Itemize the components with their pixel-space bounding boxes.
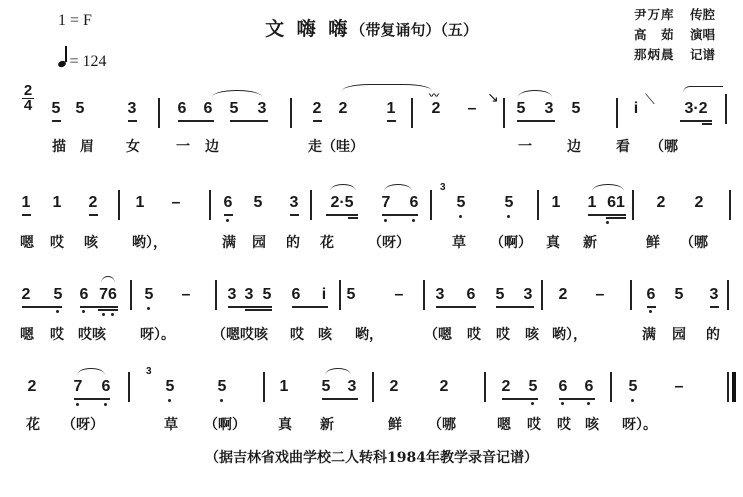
note: 3 — [543, 100, 555, 118]
lyric: 眉 — [80, 136, 94, 156]
note: 2 — [500, 378, 512, 396]
barline — [310, 190, 312, 220]
glide-arrow-icon: ↘ — [487, 90, 499, 106]
slur — [325, 368, 351, 375]
underline — [98, 309, 118, 311]
lyric: 看 — [616, 136, 630, 156]
grace-note: 3 — [440, 182, 446, 193]
underline — [502, 398, 538, 400]
note: 61 — [606, 194, 626, 212]
time-sig-top: 2 — [22, 84, 34, 98]
dash: – — [180, 286, 192, 304]
note: 6 — [408, 194, 420, 212]
slur — [342, 84, 432, 91]
source-note: （据吉林省戏曲学校二人转科1984年教学录音记谱） — [0, 447, 743, 467]
lyric: 咳 — [525, 324, 539, 344]
underline — [22, 214, 31, 216]
lyric: 哎 — [467, 324, 481, 344]
note: 6 — [583, 378, 595, 396]
slur — [683, 86, 723, 93]
note: 3 — [346, 378, 358, 396]
note: 5 — [164, 378, 176, 396]
lyric: （呀） — [368, 232, 410, 252]
lyric: 新 — [320, 414, 334, 434]
note: 76 — [98, 286, 118, 304]
underline — [348, 217, 358, 219]
lyric: 哟）， — [132, 232, 167, 252]
note: 6 — [222, 194, 234, 212]
title-main: 文 嗨 嗨 — [265, 18, 350, 40]
lyric: 咳 — [585, 414, 599, 434]
barline — [128, 372, 130, 402]
note: 3 — [226, 286, 238, 304]
barline — [339, 280, 341, 310]
low-octave-dot — [561, 402, 564, 405]
credit-role: 演唱 — [690, 25, 715, 45]
low-octave-dot — [649, 310, 652, 313]
note: 2 — [655, 194, 667, 212]
underline — [292, 306, 328, 308]
glide-slash-icon: ⟍ — [645, 92, 655, 108]
note: 2 — [337, 100, 349, 118]
slur — [77, 368, 105, 375]
note: 2 — [693, 194, 705, 212]
lyric: 哎 — [290, 324, 304, 344]
note: 6 — [645, 286, 657, 304]
lyric: 哎 — [50, 324, 64, 344]
barline — [158, 98, 160, 128]
note: 5 — [252, 194, 264, 212]
note: 2 — [557, 286, 569, 304]
score-line-1: 24 5 5 3 6 6 5 3 2 2 1 〰 2 – ↘ 5 3 5 i ⟍… — [0, 88, 743, 168]
underline — [710, 306, 719, 308]
barline — [537, 190, 539, 220]
lyric: 哎 — [527, 414, 541, 434]
note: 7 — [72, 378, 84, 396]
low-octave-dot — [226, 219, 229, 222]
lyric: 花 — [320, 232, 334, 252]
low-octave-dot — [220, 399, 223, 402]
note: 5 — [50, 100, 62, 118]
credits: 尹万库传腔 高 茹演唱 那炳晨记谱 — [634, 5, 715, 65]
low-octave-dot — [531, 402, 534, 405]
lyric: 描 — [52, 136, 66, 156]
underline — [496, 306, 534, 308]
note: 5 — [527, 378, 539, 396]
note: 6 — [176, 100, 188, 118]
low-octave-dot — [147, 307, 150, 310]
note: 5 — [673, 286, 685, 304]
lyric: 鲜 — [388, 414, 402, 434]
lyric: 花 — [26, 414, 40, 434]
lyric: 一 — [518, 136, 532, 156]
title-subtitle: （带复诵句）（五） — [350, 21, 478, 39]
note: 5 — [570, 100, 582, 118]
barline — [484, 372, 486, 402]
lyric: 边 — [205, 136, 219, 156]
note: 5 — [503, 194, 515, 212]
low-octave-dot — [631, 399, 634, 402]
lyric: 满 — [222, 232, 236, 252]
lyric: 哎 — [50, 232, 64, 252]
low-octave-dot — [56, 310, 59, 313]
lyric: 哟）， — [552, 324, 587, 344]
underline — [326, 214, 358, 216]
note: 5 — [494, 286, 506, 304]
underline — [178, 120, 214, 122]
note: 2·5 — [325, 194, 359, 212]
note: 5 — [345, 286, 357, 304]
credit-name: 尹万库 — [634, 5, 690, 25]
dash: – — [673, 378, 685, 396]
dash: – — [466, 100, 478, 118]
note: 5 — [515, 100, 527, 118]
barline — [725, 94, 727, 124]
time-sig-bottom: 4 — [22, 99, 34, 113]
lyric: （哪 — [680, 232, 708, 252]
tempo-marking: = 124 — [58, 50, 107, 71]
low-octave-dot — [111, 313, 114, 316]
slur — [212, 90, 262, 97]
note: 6 — [290, 286, 302, 304]
score-line-2: 1 1 2 1 – 6 5 3 2·5 7 6 3 5 5 1 1 61 2 2… — [0, 182, 743, 262]
note: 3 — [243, 286, 255, 304]
score-line-3: 2 5 6 76 5 – 3 3 5 6 i 5 – 3 6 5 3 2 – 6… — [0, 274, 743, 354]
lyric: 真 — [546, 232, 560, 252]
lyric: 鲜 — [646, 232, 660, 252]
low-octave-dot — [76, 403, 79, 406]
slur — [518, 90, 552, 97]
note: 2 — [311, 100, 323, 118]
credit-row: 那炳晨记谱 — [634, 45, 715, 65]
underline — [559, 398, 595, 400]
note: 2 — [438, 378, 450, 396]
note: 6 — [100, 378, 112, 396]
note: 5 — [143, 286, 155, 304]
lyric: 一 — [176, 136, 190, 156]
note: 5 — [261, 286, 273, 304]
slur — [592, 184, 624, 191]
time-signature: 24 — [22, 84, 34, 113]
lyric: （哪 — [650, 136, 678, 156]
lyric: 草 — [164, 414, 178, 434]
note: 1 — [134, 194, 146, 212]
tempo-value: = 124 — [70, 53, 107, 70]
low-octave-dot — [102, 313, 105, 316]
note: i — [318, 286, 330, 304]
lyric: 新 — [583, 232, 597, 252]
note: 2 — [87, 194, 99, 212]
underline — [517, 120, 555, 122]
note: 1 — [550, 194, 562, 212]
underline — [387, 120, 396, 122]
note: 6 — [557, 378, 569, 396]
song-title: 文 嗨 嗨（带复诵句）（五） — [0, 14, 743, 41]
underline — [322, 398, 358, 400]
underline — [22, 306, 62, 308]
low-octave-dot — [104, 403, 107, 406]
underline — [52, 120, 61, 122]
credit-name: 那炳晨 — [634, 45, 690, 65]
lyric: 嗯 — [20, 232, 34, 252]
low-octave-dot — [606, 221, 609, 224]
barline — [411, 98, 413, 128]
note: 6 — [78, 286, 90, 304]
note: 1 — [278, 378, 290, 396]
note: 2 — [388, 378, 400, 396]
dash: – — [594, 286, 606, 304]
underline — [588, 214, 626, 216]
underline — [74, 398, 110, 400]
low-octave-dot — [412, 219, 415, 222]
barline — [130, 280, 132, 310]
note: 1 — [586, 194, 598, 212]
lyric: 哎 — [496, 324, 510, 344]
note-stem — [65, 46, 67, 62]
note: 5 — [320, 378, 332, 396]
low-octave-dot — [168, 399, 171, 402]
underline — [313, 120, 322, 122]
low-octave-dot — [384, 219, 387, 222]
note: 2 — [430, 100, 442, 118]
lyric: 的 — [706, 324, 720, 344]
dash: – — [170, 194, 182, 212]
barline — [541, 280, 543, 310]
barline — [215, 280, 217, 310]
lyric: 嗯 — [20, 324, 34, 344]
note: 6 — [202, 100, 214, 118]
barline — [630, 280, 632, 310]
lyric: 哟， — [355, 324, 383, 344]
note: 5 — [627, 378, 639, 396]
underline — [647, 306, 656, 308]
underline — [245, 309, 272, 311]
lyric: 园 — [252, 232, 266, 252]
credit-row: 高 茹演唱 — [634, 25, 715, 45]
dash: – — [393, 286, 405, 304]
lyric: （嗯哎咳 — [212, 324, 268, 344]
note: 7 — [380, 194, 392, 212]
note: 6 — [465, 286, 477, 304]
note: 5 — [455, 194, 467, 212]
credit-role: 记谱 — [690, 45, 715, 65]
lyric: 草 — [452, 232, 466, 252]
score-line-4: 2 7 6 3 5 5 1 5 3 2 2 2 5 6 6 5 – 花 （呀） … — [0, 366, 743, 446]
credit-role: 传腔 — [690, 5, 715, 25]
low-octave-dot — [507, 215, 510, 218]
underline — [89, 214, 98, 216]
note: 2 — [20, 286, 32, 304]
underline — [228, 306, 272, 308]
barline — [503, 98, 505, 128]
lyric: 嗯 — [497, 414, 511, 434]
lyric: 哎咳 — [78, 324, 106, 344]
underline — [224, 214, 233, 216]
grace-note: 3 — [146, 366, 152, 377]
barline — [729, 190, 731, 220]
note: 2 — [26, 378, 38, 396]
underline — [436, 306, 476, 308]
underline — [606, 217, 626, 219]
note: i — [630, 100, 642, 118]
lyric: 女 — [126, 136, 140, 156]
underline — [382, 214, 418, 216]
note: 3 — [434, 286, 446, 304]
lyric: 呀）。 — [622, 414, 657, 434]
underline — [680, 120, 712, 122]
slur — [384, 184, 412, 191]
credit-name: 高 茹 — [634, 25, 690, 45]
underline — [80, 306, 118, 308]
note: 5 — [52, 286, 64, 304]
low-octave-dot — [82, 310, 85, 313]
note: 3 — [256, 100, 268, 118]
barline — [372, 372, 374, 402]
underline — [230, 120, 268, 122]
final-barline-thick — [732, 372, 736, 402]
note: 3 — [126, 100, 138, 118]
underline — [702, 123, 712, 125]
barline — [632, 190, 634, 220]
lyric: （啊） — [490, 232, 532, 252]
underline — [290, 214, 299, 216]
lyric: 咳 — [84, 232, 98, 252]
barline — [610, 372, 612, 402]
low-octave-dot — [587, 402, 590, 405]
note: 3 — [708, 286, 720, 304]
lyric: 的 — [286, 232, 300, 252]
lyric: 哎 — [557, 414, 571, 434]
barline — [290, 98, 292, 128]
note: 1 — [385, 100, 397, 118]
lyric: （嗯 — [424, 324, 452, 344]
underline — [128, 120, 137, 122]
barline — [263, 372, 265, 402]
slur — [330, 184, 356, 191]
lyric: 真 — [278, 414, 292, 434]
final-barline-thin — [727, 372, 729, 402]
lyric: 园 — [672, 324, 686, 344]
lyric: 边 — [567, 136, 581, 156]
lyric: 走（哇） — [308, 136, 364, 156]
barline — [423, 280, 425, 310]
credit-row: 尹万库传腔 — [634, 5, 715, 25]
lyric: （呀） — [62, 414, 104, 434]
lyric: （啊） — [204, 414, 246, 434]
lyric: （哪 — [428, 414, 456, 434]
lyric: 咳 — [318, 324, 332, 344]
barline — [616, 98, 618, 128]
low-octave-dot — [459, 215, 462, 218]
note: 3 — [522, 286, 534, 304]
slur — [101, 276, 115, 283]
note: 5 — [228, 100, 240, 118]
note: 5 — [74, 100, 86, 118]
barline — [209, 190, 211, 220]
barline — [727, 280, 729, 310]
lyric: 呀）。 — [140, 324, 175, 344]
note: 1 — [51, 194, 63, 212]
note: 1 — [20, 194, 32, 212]
note: 3·2 — [678, 100, 714, 118]
lyric: 满 — [642, 324, 656, 344]
note: 3 — [288, 194, 300, 212]
barline — [430, 190, 432, 220]
barline — [118, 190, 120, 220]
note: 5 — [216, 378, 228, 396]
